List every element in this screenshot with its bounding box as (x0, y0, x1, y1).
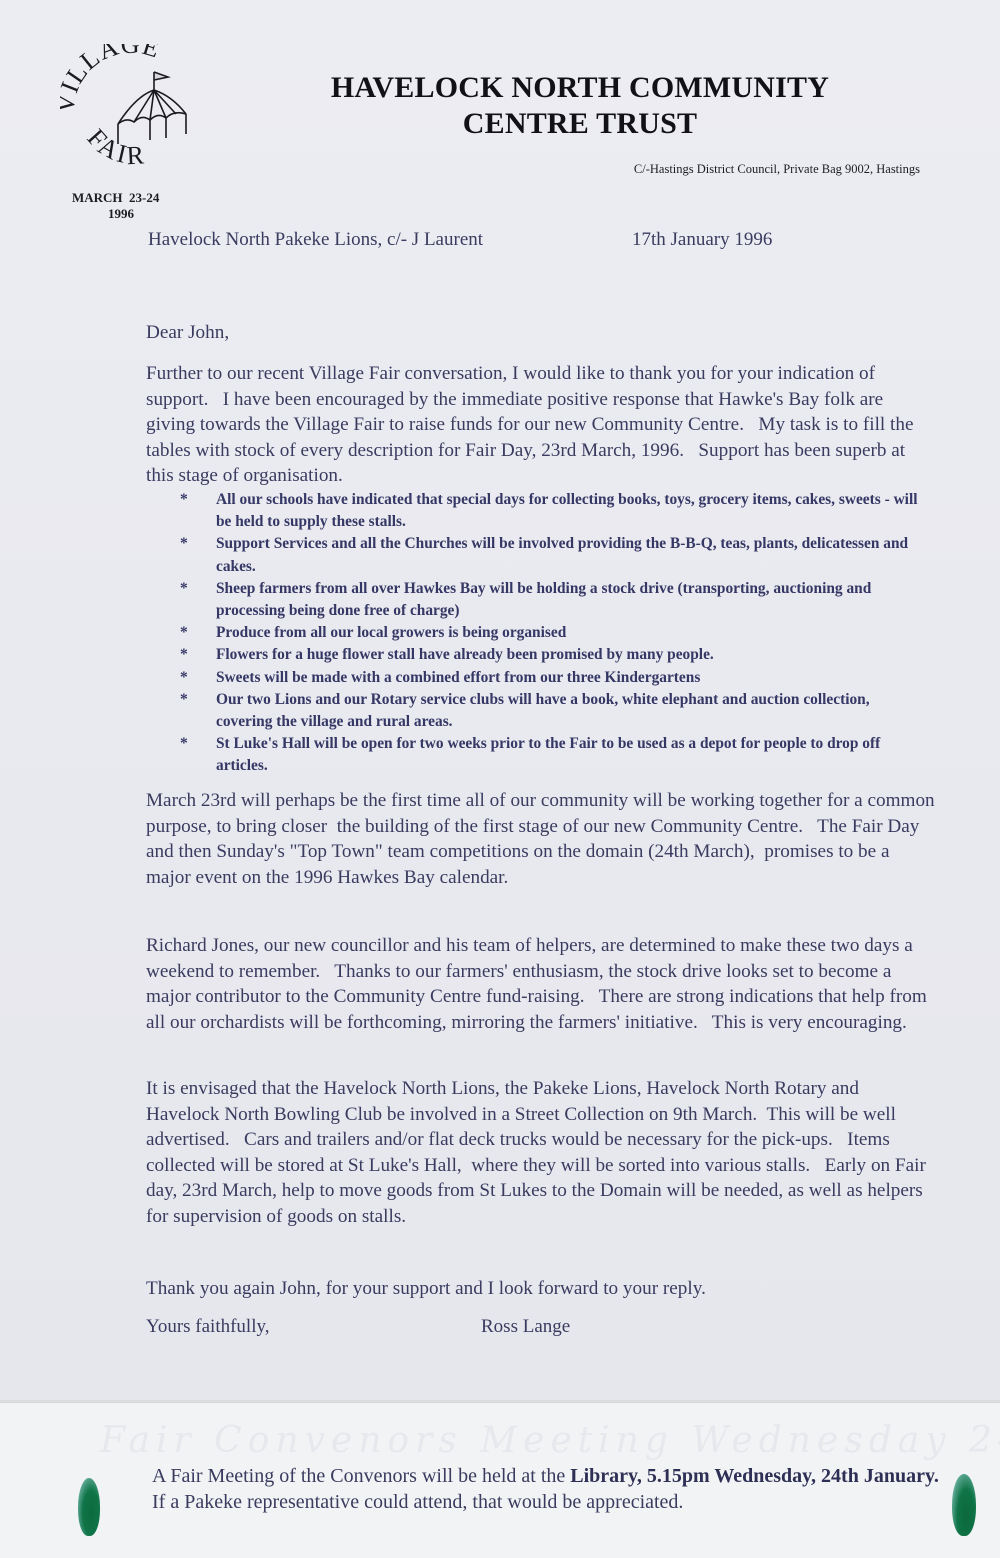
green-pin-mark-right (952, 1474, 976, 1536)
organization-address: C/-Hastings District Council, Private Ba… (560, 162, 920, 177)
letter-date: 17th January 1996 (632, 229, 772, 251)
bullet-item: *St Luke's Hall will be open for two wee… (180, 733, 920, 777)
bullet-text: Flowers for a huge flower stall have alr… (216, 646, 714, 663)
bullet-text: Support Services and all the Churches wi… (216, 535, 908, 574)
bullet-text: Sheep farmers from all over Hawkes Bay w… (216, 580, 871, 619)
bullet-item: *Sheep farmers from all over Hawkes Bay … (180, 578, 920, 622)
bullet-text: Produce from all our local growers is be… (216, 624, 566, 641)
asterisk-bullet-icon: * (180, 578, 188, 600)
paragraph-5: Thank you again John, for your support a… (146, 1276, 936, 1302)
logo-bottom-text: FAIR (81, 123, 147, 170)
bullet-text: All our schools have indicated that spec… (216, 491, 918, 530)
recipient-line: Havelock North Pakeke Lions, c/- J Laure… (148, 229, 483, 251)
bullet-item: *Support Services and all the Churches w… (180, 533, 920, 577)
svg-text:FAIR: FAIR (81, 123, 147, 170)
salutation: Dear John, (146, 320, 936, 346)
meeting-notice: A Fair Meeting of the Convenors will be … (152, 1464, 942, 1515)
signature-name: Ross Lange (481, 1316, 570, 1338)
bullet-item: *Our two Lions and our Rotary service cl… (180, 689, 920, 733)
bullet-text: Our two Lions and our Rotary service clu… (216, 691, 870, 730)
green-pin-mark-left (78, 1478, 100, 1536)
asterisk-bullet-icon: * (180, 689, 188, 711)
asterisk-bullet-icon: * (180, 533, 188, 555)
village-fair-logo: VILLAGE FAIR (60, 44, 200, 174)
fair-dates: MARCH 23-24 1996 (72, 190, 172, 222)
title-line-2: CENTRE TRUST (240, 106, 920, 142)
paragraph-1: Further to our recent Village Fair conve… (146, 361, 936, 489)
notice-location-time: Library, 5.15pm Wednesday, 24th January. (570, 1465, 939, 1487)
title-line-1: HAVELOCK NORTH COMMUNITY (240, 70, 920, 106)
bullet-item: *All our schools have indicated that spe… (180, 489, 920, 533)
bullet-text: St Luke's Hall will be open for two week… (216, 735, 880, 774)
bullet-item: *Produce from all our local growers is b… (180, 622, 920, 644)
bullet-item: *Sweets will be made with a combined eff… (180, 667, 920, 689)
paragraph-2: March 23rd will perhaps be the first tim… (146, 788, 936, 890)
asterisk-bullet-icon: * (180, 667, 188, 689)
asterisk-bullet-icon: * (180, 489, 188, 511)
paragraph-4: It is envisaged that the Havelock North … (146, 1076, 936, 1229)
fair-year: 1996 (72, 206, 172, 222)
asterisk-bullet-icon: * (180, 644, 188, 666)
marquee-tent-icon: VILLAGE FAIR (60, 44, 200, 174)
signoff: Yours faithfully, (146, 1316, 270, 1338)
organization-title: HAVELOCK NORTH COMMUNITY CENTRE TRUST (240, 70, 920, 142)
asterisk-bullet-icon: * (180, 622, 188, 644)
svg-text:VILLAGE: VILLAGE (60, 44, 164, 115)
asterisk-bullet-icon: * (180, 733, 188, 755)
support-bullet-list: *All our schools have indicated that spe… (180, 489, 920, 778)
notice-text-before: A Fair Meeting of the Convenors will be … (152, 1465, 570, 1487)
bullet-text: Sweets will be made with a combined effo… (216, 669, 700, 686)
fair-dates-text: MARCH 23-24 (72, 190, 159, 205)
paragraph-3: Richard Jones, our new councillor and hi… (146, 933, 936, 1035)
bullet-item: *Flowers for a huge flower stall have al… (180, 644, 920, 666)
logo-top-text: VILLAGE (60, 44, 164, 115)
